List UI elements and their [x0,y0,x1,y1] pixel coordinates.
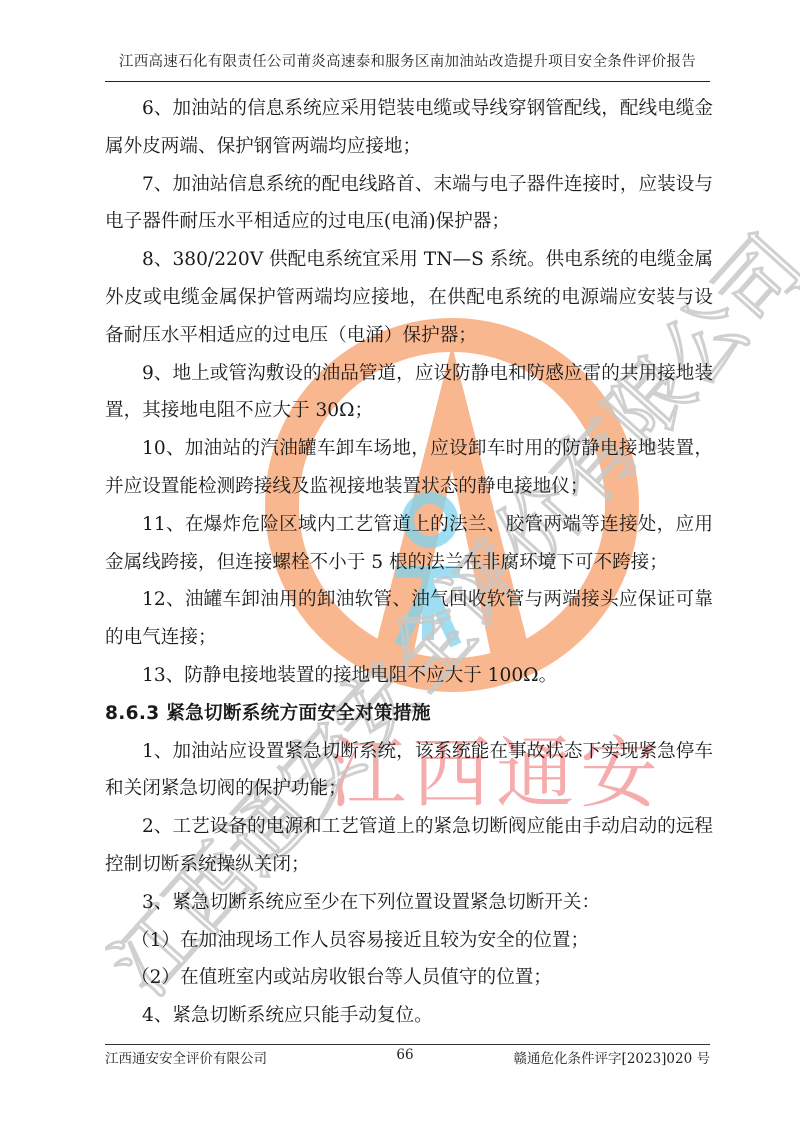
page-footer: 江西通安安全评价有限公司 66 赣通危化条件评字[2023]020 号 [105,1047,710,1067]
list-item: 4、紧急切断系统应只能手动复位。 [105,997,713,1035]
document-body: 6、加油站的信息系统应采用铠装电缆或导线穿钢管配线，配线电缆金属外皮两端、保护钢… [105,90,713,1035]
footer-company: 江西通安安全评价有限公司 [105,1047,267,1067]
footer-doc-number: 赣通危化条件评字[2023]020 号 [514,1047,710,1067]
list-item: 10、加油站的汽油罐车卸车场地，应设卸车时用的防静电接地装置，并应设置能检测跨接… [105,430,713,506]
list-item: 12、油罐车卸油用的卸油软管、油气回收软管与两端接头应保证可靠的电气连接； [105,581,713,657]
list-item: 3、紧急切断系统应至少在下列位置设置紧急切断开关： [105,884,713,922]
list-item: 11、在爆炸危险区域内工艺管道上的法兰、胶管两端等连接处，应用金属线跨接，但连接… [105,506,713,582]
list-item: 9、地上或管沟敷设的油品管道，应设防静电和防感应雷的共用接地装置，其接地电阻不应… [105,355,713,431]
header-divider [105,81,710,82]
list-item: 7、加油站信息系统的配电线路首、末端与电子器件连接时，应装设与电子器件耐压水平相… [105,166,713,242]
page-header: 江西高速石化有限责任公司莆炎高速泰和服务区南加油站改造提升项目安全条件评价报告 [105,50,710,71]
sub-list-item: （1）在加油现场工作人员容易接近且较为安全的位置； [105,922,713,960]
list-item: 1、加油站应设置紧急切断系统，该系统能在事故状态下实现紧急停车和关闭紧急切阀的保… [105,733,713,809]
list-item: 13、防静电接地装置的接地电阻不应大于 100Ω。 [105,657,713,695]
list-item: 6、加油站的信息系统应采用铠装电缆或导线穿钢管配线，配线电缆金属外皮两端、保护钢… [105,90,713,166]
list-item: 8、380/220V 供配电系统宜采用 TN—S 系统。供电系统的电缆金属外皮或… [105,241,713,354]
page-number: 66 [375,1047,435,1063]
footer-divider [105,1044,710,1045]
section-heading: 8.6.3 紧急切断系统方面安全对策措施 [105,695,713,733]
list-item: 2、工艺设备的电源和工艺管道上的紧急切断阀应能由手动启动的远程控制切断系统操纵关… [105,808,713,884]
sub-list-item: （2）在值班室内或站房收银台等人员值守的位置； [105,959,713,997]
